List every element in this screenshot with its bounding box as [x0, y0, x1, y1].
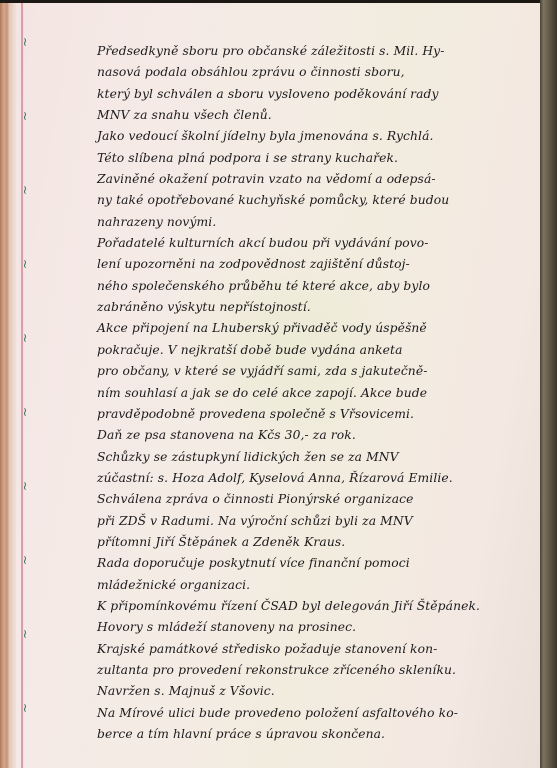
text-line: Schválena zpráva o činnosti Pionýrské or…	[97, 489, 537, 510]
text-line: Krajské památkové středisko požaduje sta…	[97, 639, 537, 660]
text-line: pravděpodobně provedena společně s Vřsov…	[97, 404, 537, 425]
text-line: Navržen s. Majnuš z Všovic.	[97, 681, 537, 702]
text-line: berce a tím hlavní práce s úpravou skonč…	[97, 724, 537, 745]
margin-tick-mark: ~	[13, 259, 29, 267]
margin-tick-mark: ~	[13, 37, 29, 45]
text-line: Akce připojení na Lhuberský přivaděč vod…	[97, 318, 537, 339]
text-line: který byl schválen a sboru vysloveno pod…	[97, 84, 537, 105]
margin-tick-mark: ~	[13, 185, 29, 193]
text-line: lení upozorněni na zodpovědnost zajištěn…	[97, 254, 537, 275]
text-line: Jako vedoucí školní jídelny byla jmenová…	[97, 126, 537, 147]
text-line: Pořadatelé kulturních akcí budou při vyd…	[97, 233, 537, 254]
margin-tick-mark: ~	[13, 407, 29, 415]
margin-tick-mark: ~	[13, 555, 29, 563]
margin-tick-mark: ~	[13, 703, 29, 711]
book-binding	[0, 3, 10, 768]
book-right-edge	[540, 0, 557, 768]
text-line: ny také opotřebované kuchyňské pomůcky, …	[97, 190, 537, 211]
text-line: Předsedkyně sboru pro občanské záležitos…	[97, 41, 537, 62]
text-line: Hovory s mládeží stanoveny na prosinec.	[97, 617, 537, 638]
text-line: Této slíbena plná podpora i se strany ku…	[97, 148, 537, 169]
text-line: Rada doporučuje poskytnutí více finanční…	[97, 553, 537, 574]
text-line: Daň ze psa stanovena na Kčs 30,- za rok.	[97, 425, 537, 446]
text-line: pro občany, v které se vyjádří sami, zda…	[97, 361, 537, 382]
text-line: Schůzky se zástupkyní lidických žen se z…	[97, 447, 537, 468]
text-line: MNV za snahu všech členů.	[97, 105, 537, 126]
handwritten-page: ~~~~~~~~~~ Předsedkyně sboru pro občansk…	[0, 3, 540, 768]
margin-tick-mark: ~	[13, 333, 29, 341]
text-line: zúčastní: s. Hoza Adolf, Kyselová Anna, …	[97, 468, 537, 489]
text-line: nahrazeny novými.	[97, 212, 537, 233]
text-line: pokračuje. V nejkratší době bude vydána …	[97, 340, 537, 361]
text-line: ného společenského průběhu té které akce…	[97, 276, 537, 297]
handwritten-text: Předsedkyně sboru pro občanské záležitos…	[97, 41, 537, 745]
margin-tick-mark: ~	[13, 481, 29, 489]
margin-tick-mark: ~	[13, 111, 29, 119]
text-line: mládežnické organizaci.	[97, 575, 537, 596]
text-line: Zaviněné okažení potravin vzato na vědom…	[97, 169, 537, 190]
text-line: při ZDŠ v Radumi. Na výroční schůzi byli…	[97, 511, 537, 532]
text-line: Na Mírové ulici bude provedeno položení …	[97, 703, 537, 724]
text-line: zultanta pro provedení rekonstrukce zříc…	[97, 660, 537, 681]
text-line: ním souhlasí a jak se do celé akce zapoj…	[97, 383, 537, 404]
text-line: zabráněno výskytu nepřístojností.	[97, 297, 537, 318]
text-line: nasová podala obsáhlou zprávu o činnosti…	[97, 62, 537, 83]
text-line: přítomni Jiří Štěpánek a Zdeněk Kraus.	[97, 532, 537, 553]
text-line: K připomínkovému řízení ČSAD byl delegov…	[97, 596, 537, 617]
margin-tick-mark: ~	[13, 629, 29, 637]
